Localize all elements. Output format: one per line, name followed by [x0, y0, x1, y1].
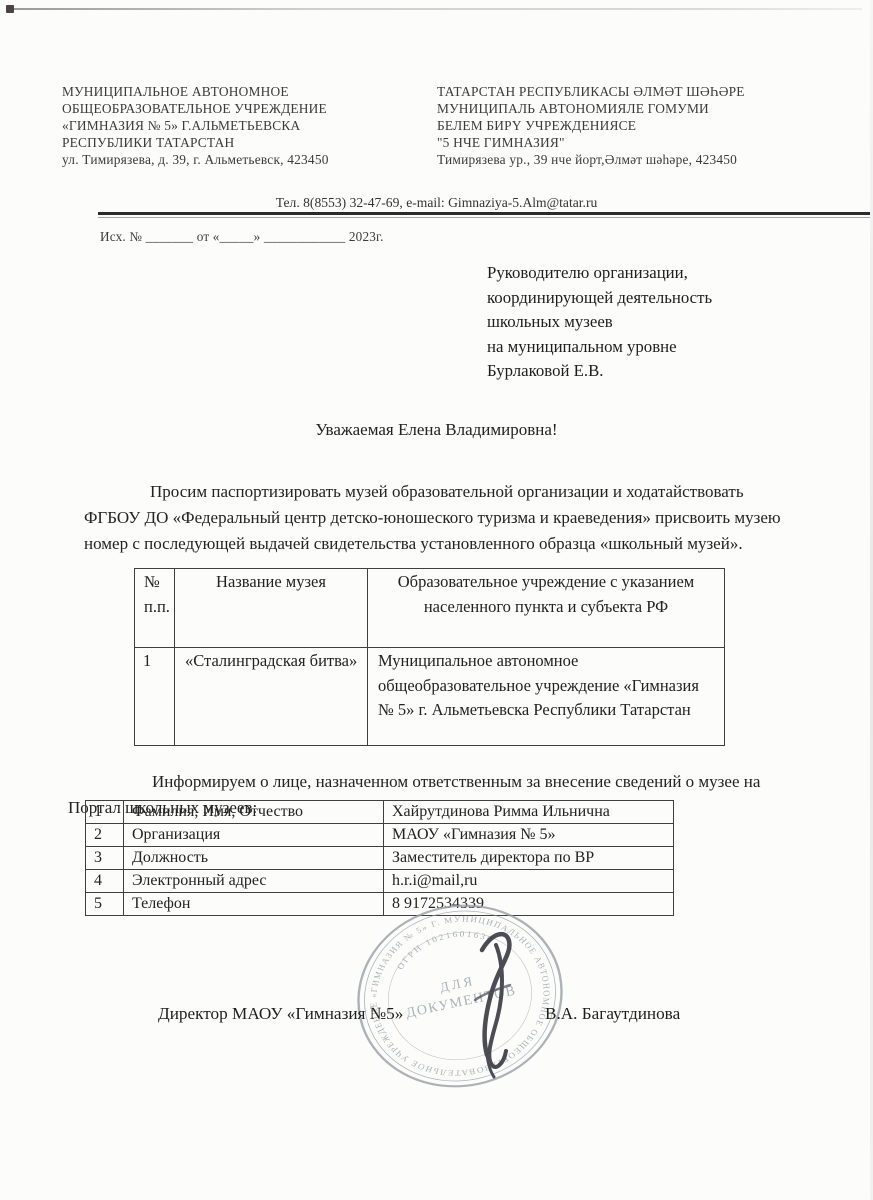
signer-title: Директор МАОУ «Гимназия №5» [158, 1004, 403, 1024]
row-value: Заместитель директора по ВР [384, 847, 674, 870]
addressee-block: Руководителю организации, координирующей… [487, 261, 817, 384]
svg-text:МУНИЦИПАЛЬНОЕ АВТОНОМНОЕ ОБЩЕО: МУНИЦИПАЛЬНОЕ АВТОНОМНОЕ ОБЩЕОБРАЗОВАТЕЛ… [352, 898, 567, 1094]
row-label: Организация [124, 824, 384, 847]
museum-table: № п.п. Название музея Образовательное уч… [134, 568, 725, 746]
outgoing-number-line: Исх. № _______ от «_____» ____________ 2… [100, 229, 384, 245]
table-row: 3 Должность Заместитель директора по ВР [86, 847, 674, 870]
scan-artifact-line [10, 8, 862, 10]
row-number: 4 [86, 870, 124, 893]
svg-text:ОГРН 1021601630: ОГРН 1021601630 [390, 921, 499, 973]
museum-row-name: «Сталинградская битва» [175, 648, 368, 746]
row-number: 1 [86, 801, 124, 824]
stamp-ring-text: МУНИЦИПАЛЬНОЕ АВТОНОМНОЕ ОБЩЕОБРАЗОВАТЕЛ… [352, 898, 567, 1094]
letterhead-russian: МУНИЦИПАЛЬНОЕ АВТОНОМНОЕ ОБЩЕОБРАЗОВАТЕЛ… [62, 84, 437, 169]
stamp-center-line1: ДЛЯ [439, 973, 477, 995]
row-value: Хайрутдинова Римма Ильнична [384, 801, 674, 824]
letterhead-address: Тимирязева ур., 39 нче йорт,Әлмәт шәһәре… [437, 152, 842, 169]
addressee-line: координирующей деятельность [487, 286, 817, 311]
table-row: 1 Фамилия, Имя, Отчество Хайрутдинова Ри… [86, 801, 674, 824]
addressee-line: на муниципальном уровне [487, 335, 817, 360]
row-label: Электронный адрес [124, 870, 384, 893]
scan-artifact-dot [6, 5, 14, 13]
museum-table-header-institution: Образовательное учреждение с указанием н… [368, 569, 725, 648]
addressee-name: Бурлаковой Е.В. [487, 359, 817, 384]
contact-phone-email: Тел. 8(8553) 32-47-69, e-mail: Gimnaziya… [0, 195, 873, 211]
letterhead-tatar: ТАТАРСТАН РЕСПУБЛИКАСЫ ӘЛМӘТ ШӘҺӘРЕ МУНИ… [437, 84, 842, 169]
signer-name: В.А. Багаутдинова [545, 1004, 680, 1024]
letterhead-line: ОБЩЕОБРАЗОВАТЕЛЬНОЕ УЧРЕЖДЕНИЕ [62, 101, 437, 118]
round-stamp: МУНИЦИПАЛЬНОЕ АВТОНОМНОЕ ОБЩЕОБРАЗОВАТЕЛ… [348, 898, 572, 1094]
responsible-person-table: 1 Фамилия, Имя, Отчество Хайрутдинова Ри… [85, 800, 674, 916]
letterhead-line: ТАТАРСТАН РЕСПУБЛИКАСЫ ӘЛМӘТ ШӘҺӘРЕ [437, 84, 842, 101]
letterhead-line: МУНИЦИПАЛЬНОЕ АВТОНОМНОЕ [62, 84, 437, 101]
letterhead: МУНИЦИПАЛЬНОЕ АВТОНОМНОЕ ОБЩЕОБРАЗОВАТЕЛ… [62, 84, 842, 169]
museum-row-institution: Муниципальное автономное общеобразовател… [368, 648, 725, 746]
scanned-letter-page: МУНИЦИПАЛЬНОЕ АВТОНОМНОЕ ОБЩЕОБРАЗОВАТЕЛ… [0, 0, 873, 1200]
table-row: 4 Электронный адрес h.r.i@mail,ru [86, 870, 674, 893]
letterhead-rule [98, 212, 870, 218]
letterhead-line: «ГИМНАЗИЯ № 5» Г.АЛЬМЕТЬЕВСКА [62, 118, 437, 135]
row-value: МАОУ «Гимназия № 5» [384, 824, 674, 847]
letterhead-line: БЕЛЕМ БИРҮ УЧРЕЖДЕНИЯСЕ [437, 118, 842, 135]
letterhead-line: "5 НЧЕ ГИМНАЗИЯ" [437, 135, 842, 152]
row-label: Фамилия, Имя, Отчество [124, 801, 384, 824]
letterhead-line: РЕСПУБЛИКИ ТАТАРСТАН [62, 135, 437, 152]
row-value: h.r.i@mail,ru [384, 870, 674, 893]
stamp-ogrn-text: ОГРН 1021601630 [390, 921, 499, 973]
row-value: 8 9172534339 [384, 893, 674, 916]
row-label: Должность [124, 847, 384, 870]
table-header-row: № п.п. Название музея Образовательное уч… [135, 569, 725, 648]
museum-table-header-name: Название музея [175, 569, 368, 648]
handwritten-signature [430, 905, 550, 1080]
letterhead-line: МУНИЦИПАЛЬ АВТОНОМИЯЛЕ ГОМУМИ [437, 101, 842, 118]
row-number: 2 [86, 824, 124, 847]
row-number: 5 [86, 893, 124, 916]
museum-table-header-number: № п.п. [135, 569, 175, 648]
row-number: 3 [86, 847, 124, 870]
salutation: Уважаемая Елена Владимировна! [0, 420, 873, 440]
row-label: Телефон [124, 893, 384, 916]
addressee-line: Руководителю организации, [487, 261, 817, 286]
letterhead-address: ул. Тимирязева, д. 39, г. Альметьевск, 4… [62, 152, 437, 169]
addressee-line: школьных музеев [487, 310, 817, 335]
museum-row-number: 1 [135, 648, 175, 746]
table-row: 5 Телефон 8 9172534339 [86, 893, 674, 916]
table-row: 1 «Сталинградская битва» Муниципальное а… [135, 648, 725, 746]
body-paragraph-request: Просим паспортизировать музей образовате… [84, 479, 796, 557]
stamp-center-line2: ДОКУМЕНТОВ [405, 983, 518, 1021]
table-row: 2 Организация МАОУ «Гимназия № 5» [86, 824, 674, 847]
